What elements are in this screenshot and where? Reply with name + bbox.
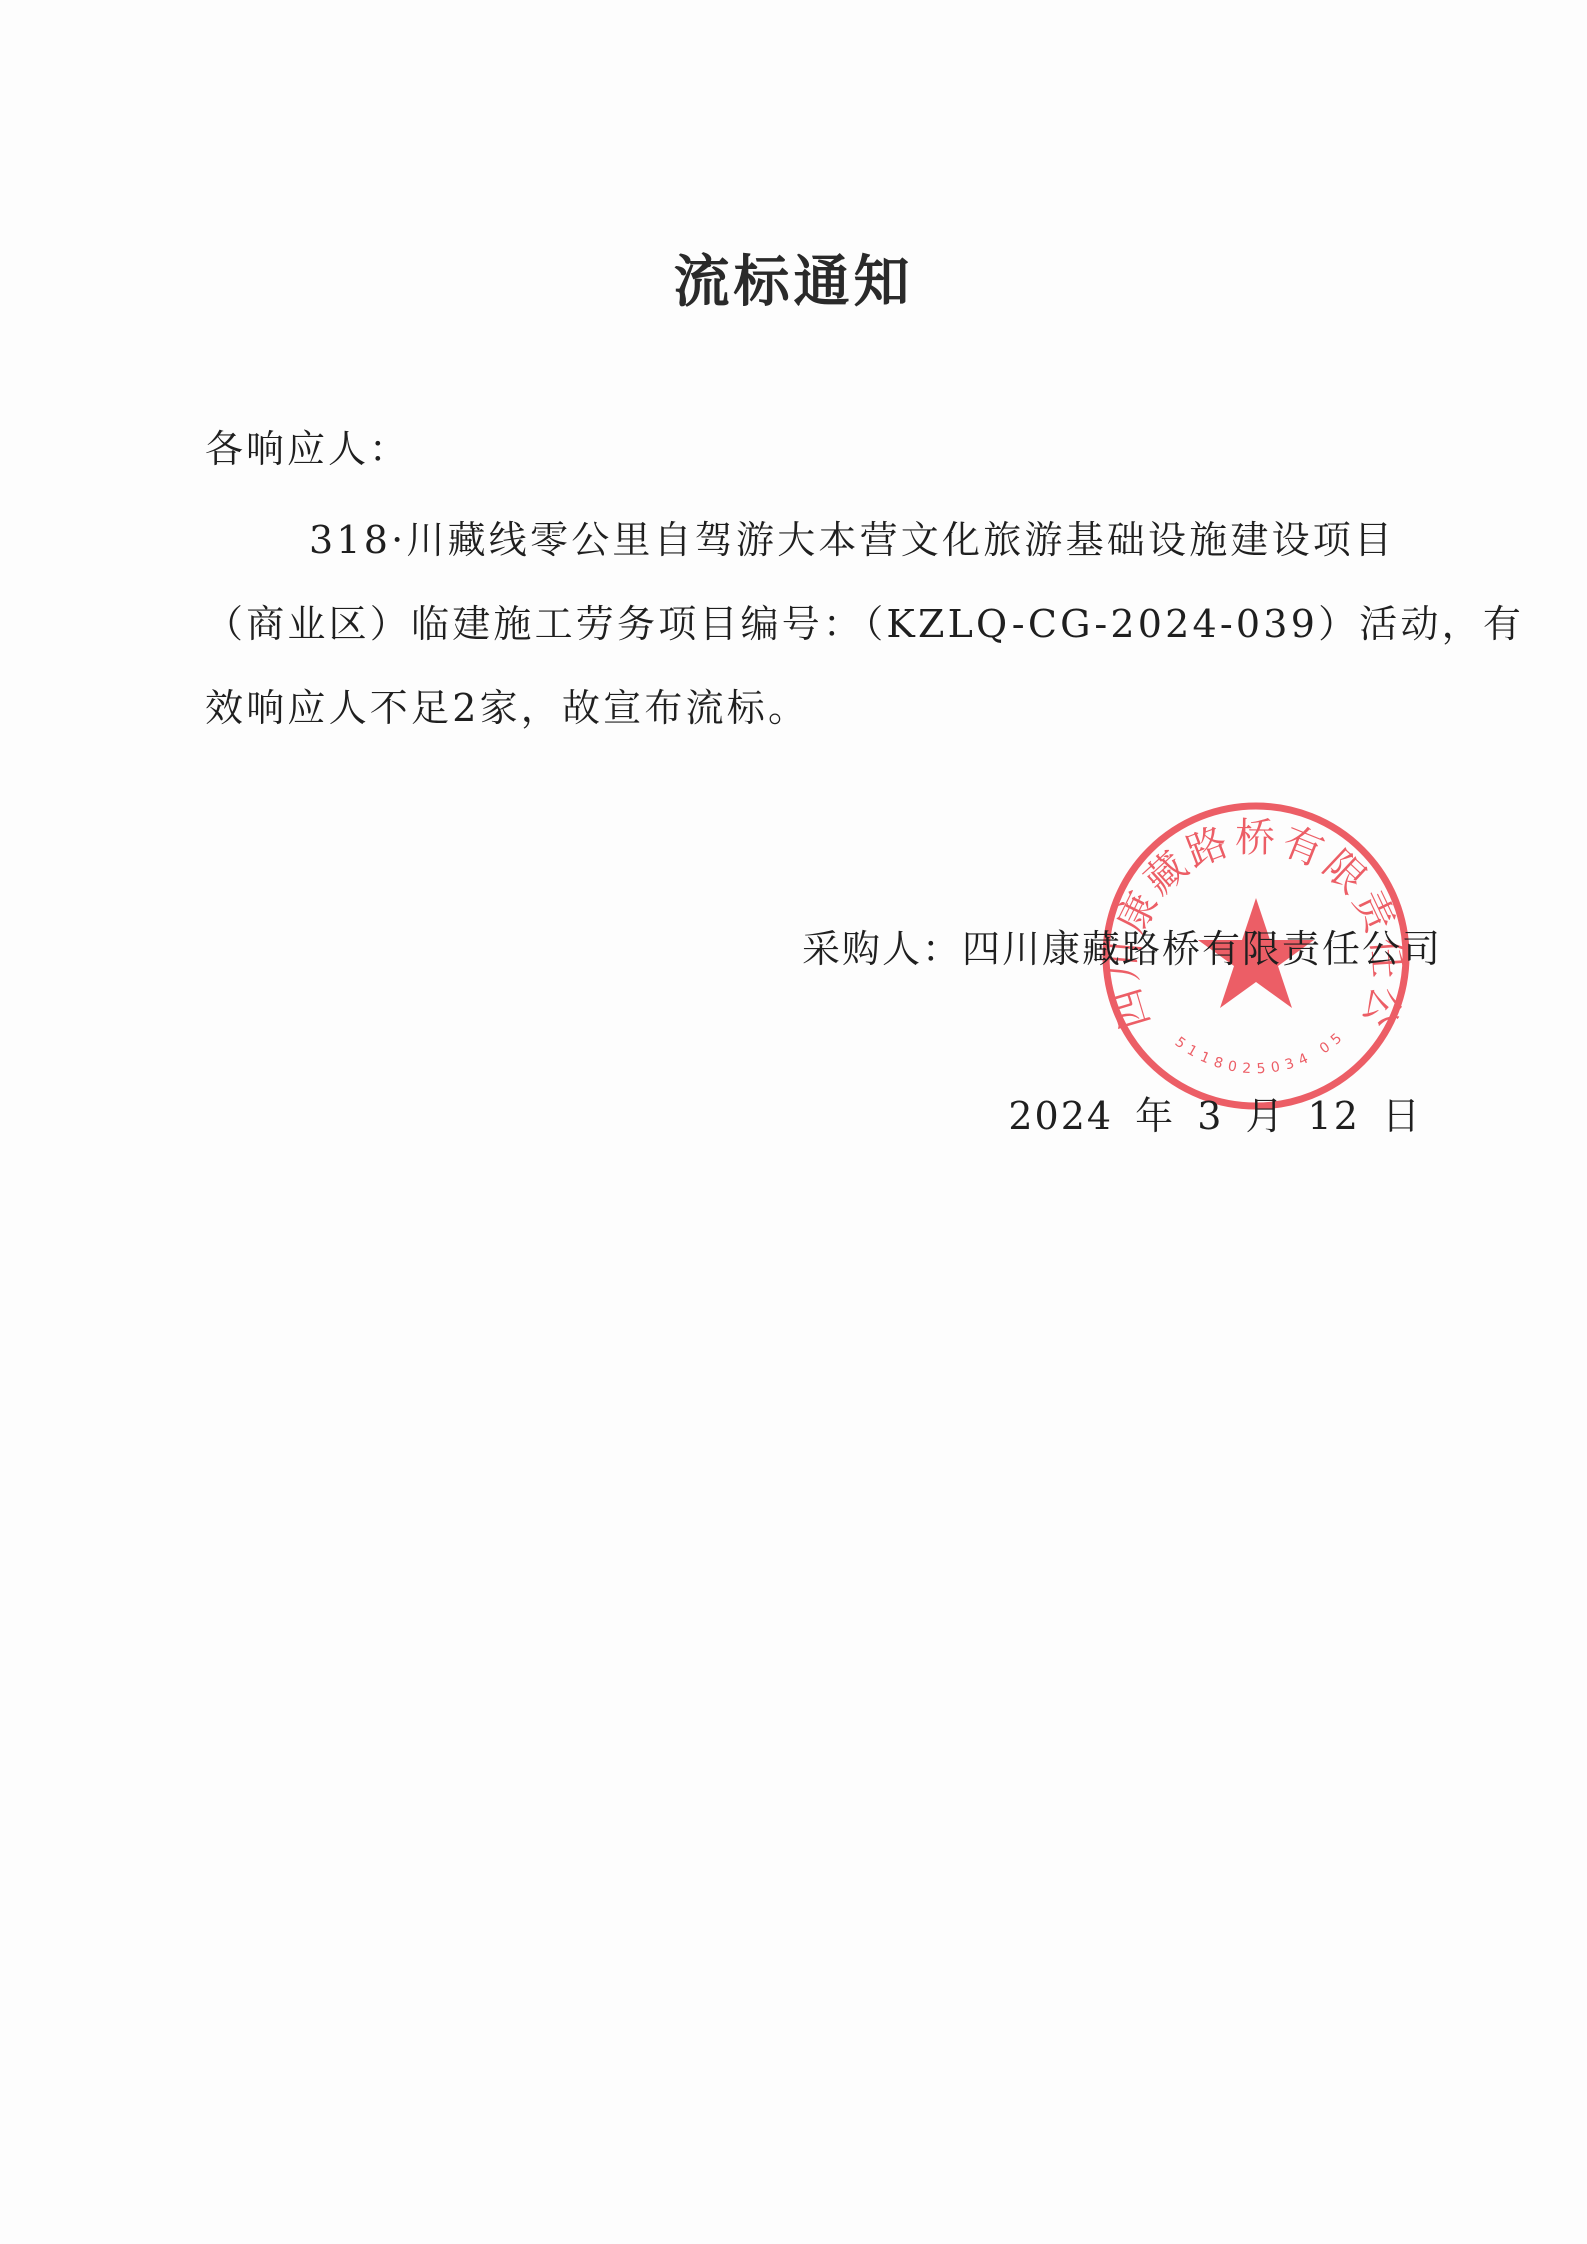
issue-date: 2024 年 3 月 12 日 bbox=[1008, 1085, 1422, 1140]
body-paragraph: 318·川藏线零公里自驾游大本营文化旅游基础设施建设项目 （商业区）临建施工劳务… bbox=[205, 498, 1445, 750]
seal-serial-number: 5118025034 05 bbox=[1172, 1027, 1350, 1078]
salutation: 各响应人： bbox=[205, 418, 410, 473]
body-line-2: （商业区）临建施工劳务项目编号：（KZLQ-CG-2024-039）活动，有 bbox=[205, 582, 1445, 666]
document-page: 流标通知 各响应人： 318·川藏线零公里自驾游大本营文化旅游基础设施建设项目 … bbox=[0, 0, 1587, 2244]
body-line-1: 318·川藏线零公里自驾游大本营文化旅游基础设施建设项目 bbox=[205, 498, 1445, 582]
purchaser-signature: 采购人：四川康藏路桥有限责任公司 bbox=[802, 918, 1442, 973]
page-title: 流标通知 bbox=[0, 238, 1587, 318]
body-line-3: 效响应人不足2家，故宣布流标。 bbox=[205, 666, 1445, 750]
